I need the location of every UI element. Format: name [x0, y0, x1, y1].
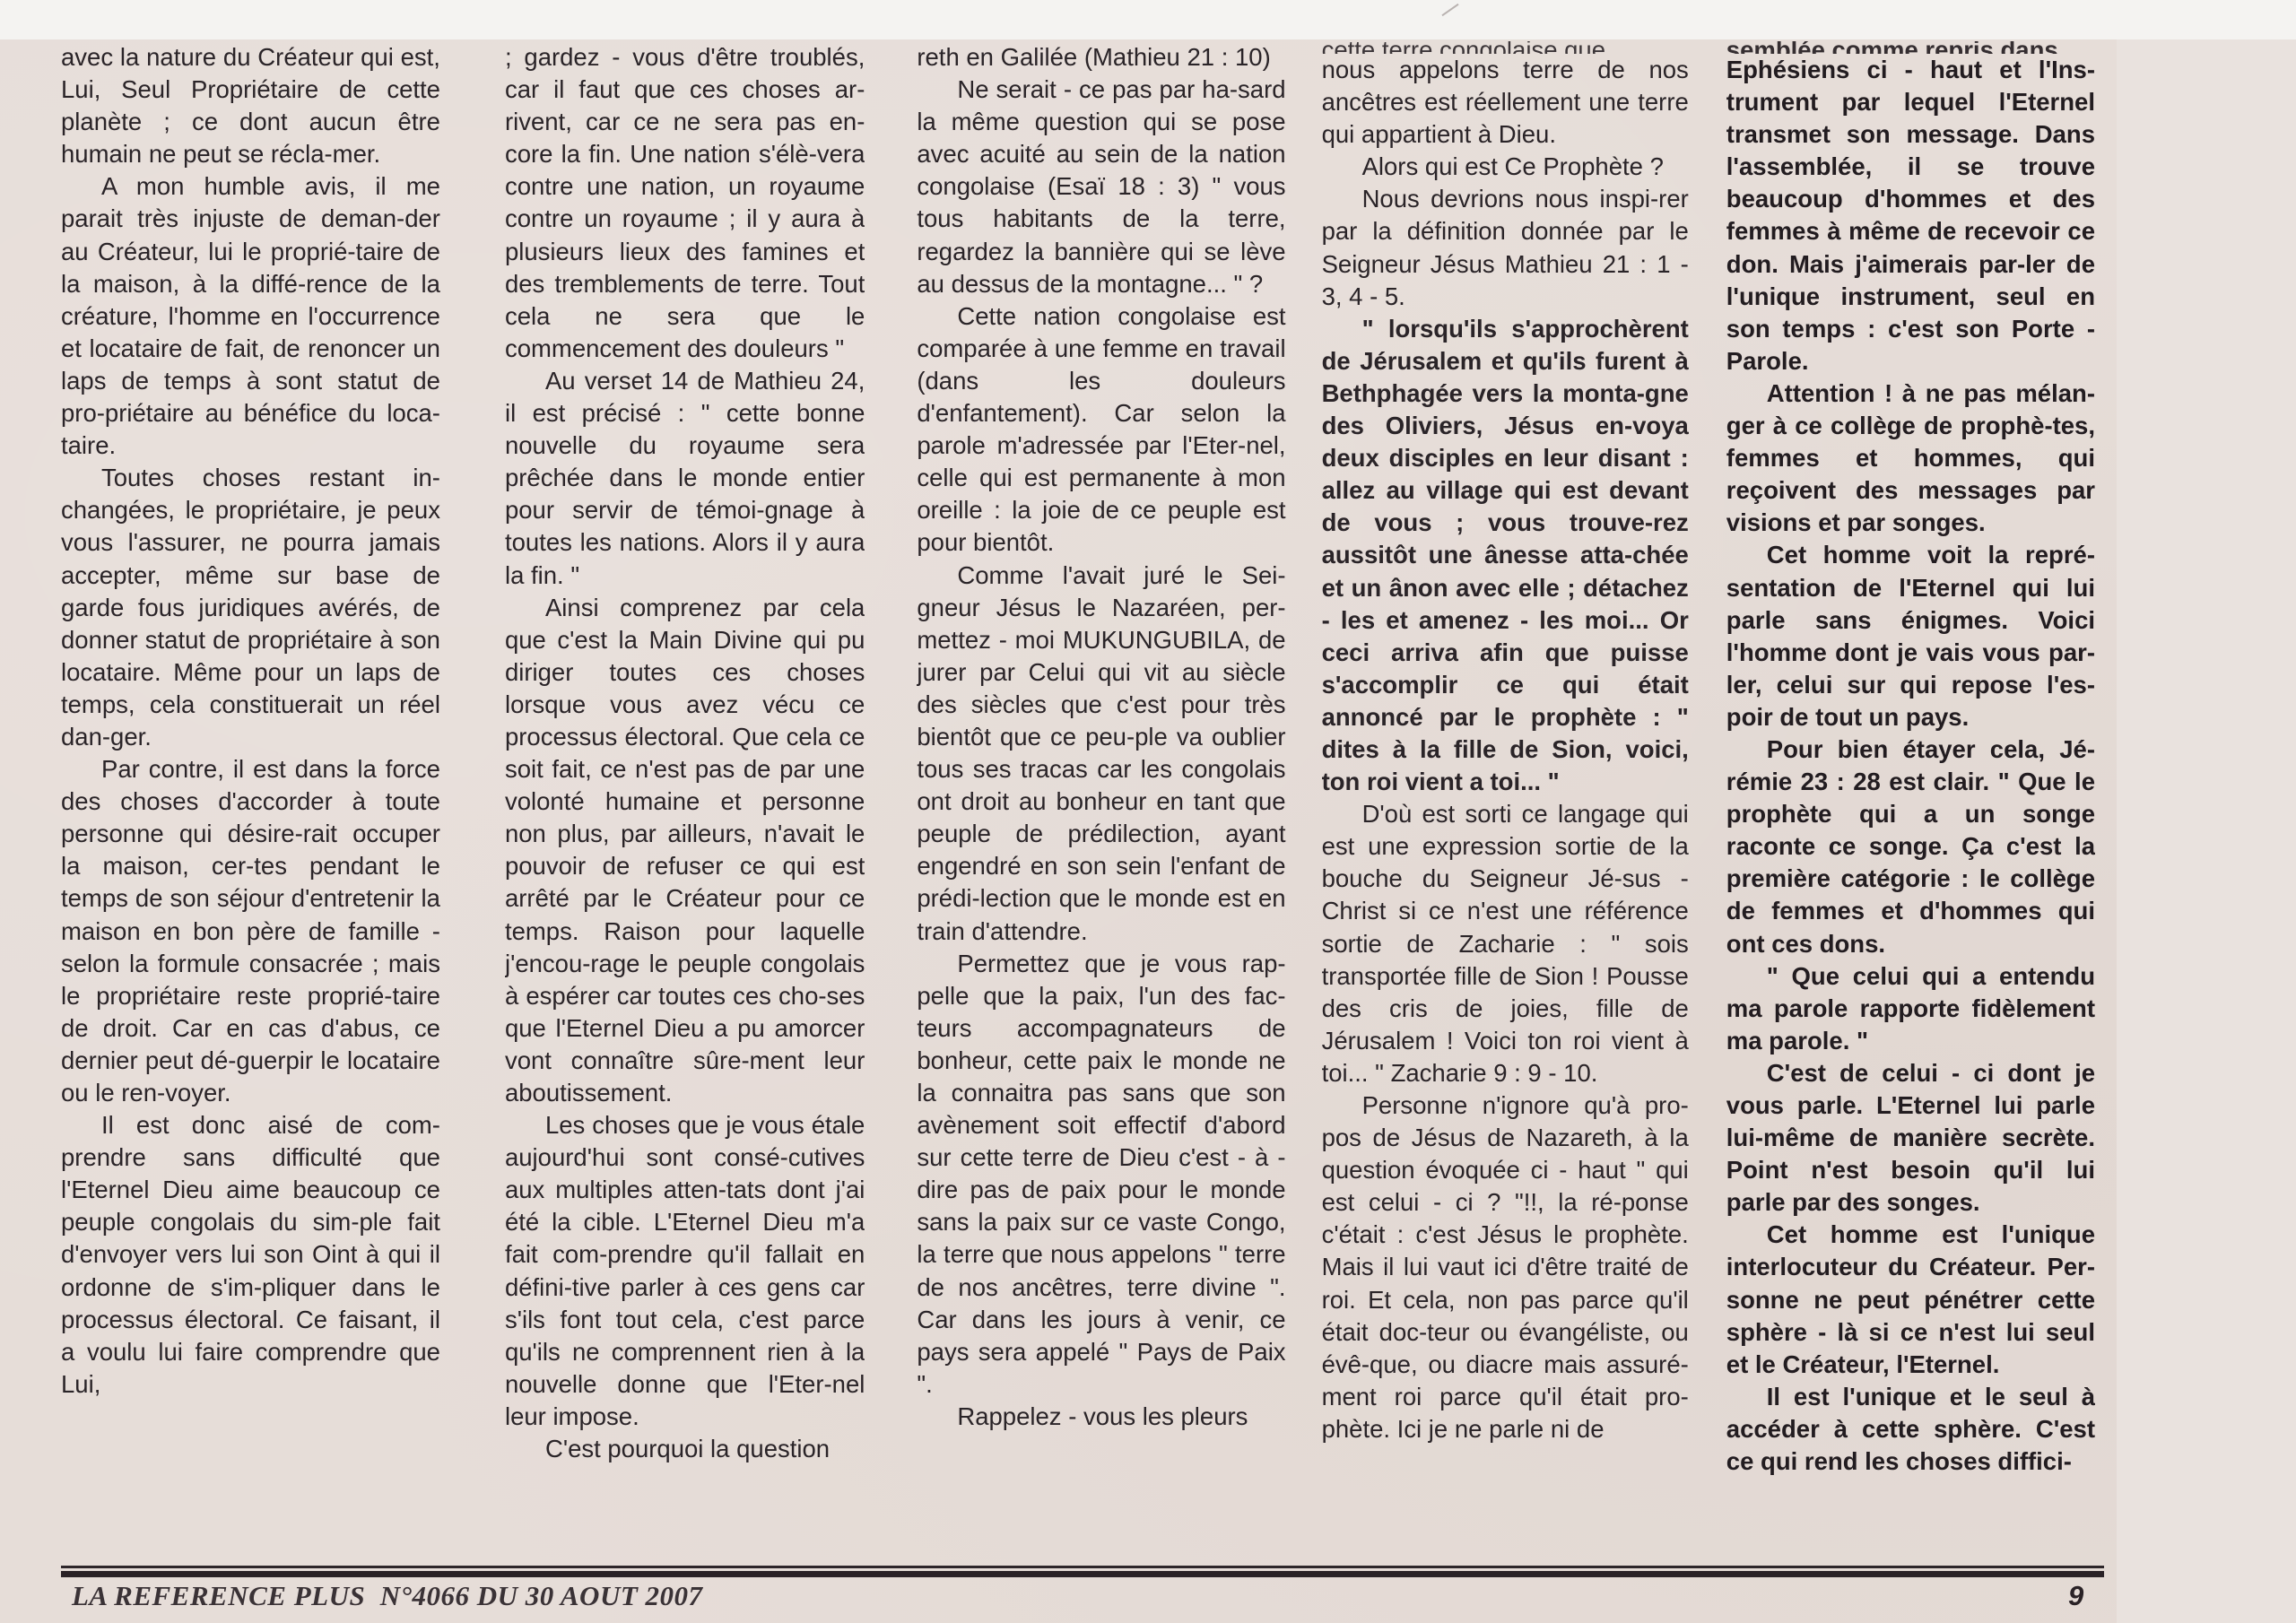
column-2: ; gardez - vous d'être troublés, car il … [505, 41, 865, 1557]
paragraph: Par contre, il est dans la force des cho… [61, 753, 440, 1109]
column-3: reth en Galilée (Mathieu 21 : 10) Ne ser… [917, 41, 1285, 1557]
article-columns: avec la nature du Créateur qui est, Lui,… [61, 41, 2095, 1557]
paragraph: Cet homme est l'unique interlocuteur du … [1726, 1219, 2095, 1380]
paragraph: Personne n'ignore qu'à pro-pos de Jésus … [1322, 1089, 1689, 1445]
paragraph: Rappelez - vous les pleurs [917, 1401, 1285, 1433]
column-5: semblée comme repris dans Ephésiens ci -… [1726, 41, 2095, 1557]
paragraph: Il est donc aisé de com-prendre sans dif… [61, 1109, 440, 1401]
paragraph: avec la nature du Créateur qui est, Lui,… [61, 41, 440, 170]
cut-off-top-line: semblée comme repris dans [1726, 41, 2095, 54]
paragraph: Ephésiens ci - haut et l'Ins-trument par… [1726, 54, 2095, 378]
paragraph: Comme l'avait juré le Sei-gneur Jésus le… [917, 560, 1285, 948]
paragraph: Cette nation congolaise est comparée à u… [917, 300, 1285, 560]
column-1: avec la nature du Créateur qui est, Lui,… [61, 41, 440, 1557]
issue-info: N°4066 DU 30 AOUT 2007 [380, 1580, 703, 1611]
footer-rule-thick [61, 1571, 2104, 1577]
paragraph: Les choses que je vous étale aujourd'hui… [505, 1109, 865, 1433]
paragraph: Ainsi comprenez par cela que c'est la Ma… [505, 592, 865, 1110]
paragraph: A mon humble avis, il me parait très inj… [61, 170, 440, 462]
paragraph: " Que celui qui a entendu ma parole rapp… [1726, 960, 2095, 1057]
publication-footer: LA REFERENCE PLUS N°4066 DU 30 AOUT 2007 [72, 1580, 703, 1612]
footer-rule-thin [61, 1566, 2104, 1568]
page-right-margin [2117, 39, 2296, 1623]
paragraph: Il est l'unique et le seul à accéder à c… [1726, 1381, 2095, 1478]
paragraph: Cet homme voit la repré-sentation de l'E… [1726, 539, 2095, 733]
cut-off-top-line: reth en Galilée (Mathieu 21 : 10) [917, 41, 1285, 74]
paragraph: Permettez que je vous rap-pelle que la p… [917, 948, 1285, 1401]
paragraph: Pour bien étayer cela, Jé-rémie 23 : 28 … [1726, 733, 2095, 960]
paragraph: Nous devrions nous inspi-rer par la défi… [1322, 183, 1689, 312]
paragraph: nous appelons terre de nos ancêtres est … [1322, 54, 1689, 151]
paragraph: Ne serait - ce pas par ha-sard la même q… [917, 74, 1285, 300]
scan-top-margin [0, 0, 2296, 39]
paragraph: Au verset 14 de Mathieu 24, il est préci… [505, 365, 865, 592]
paragraph: D'où est sorti ce langage qui est une ex… [1322, 798, 1689, 1089]
paragraph: C'est pourquoi la question [505, 1433, 865, 1465]
paragraph: Alors qui est Ce Prophète ? [1322, 151, 1689, 183]
publication-name: LA REFERENCE PLUS [72, 1580, 365, 1611]
column-4: cette terre congolaise que nous appelons… [1322, 41, 1689, 1557]
paragraph: Attention ! à ne pas mélan-ger à ce coll… [1726, 378, 2095, 539]
paragraph: ; gardez - vous d'être troublés, car il … [505, 41, 865, 365]
page-number: 9 [2068, 1580, 2083, 1612]
paragraph: C'est de celui - ci dont je vous parle. … [1726, 1057, 2095, 1219]
paragraph: Toutes choses restant in-changées, le pr… [61, 462, 440, 753]
cut-off-top-line: cette terre congolaise que [1322, 41, 1689, 54]
bible-quote-paragraph: " lorsqu'ils s'approchèrent de Jérusalem… [1322, 313, 1689, 798]
